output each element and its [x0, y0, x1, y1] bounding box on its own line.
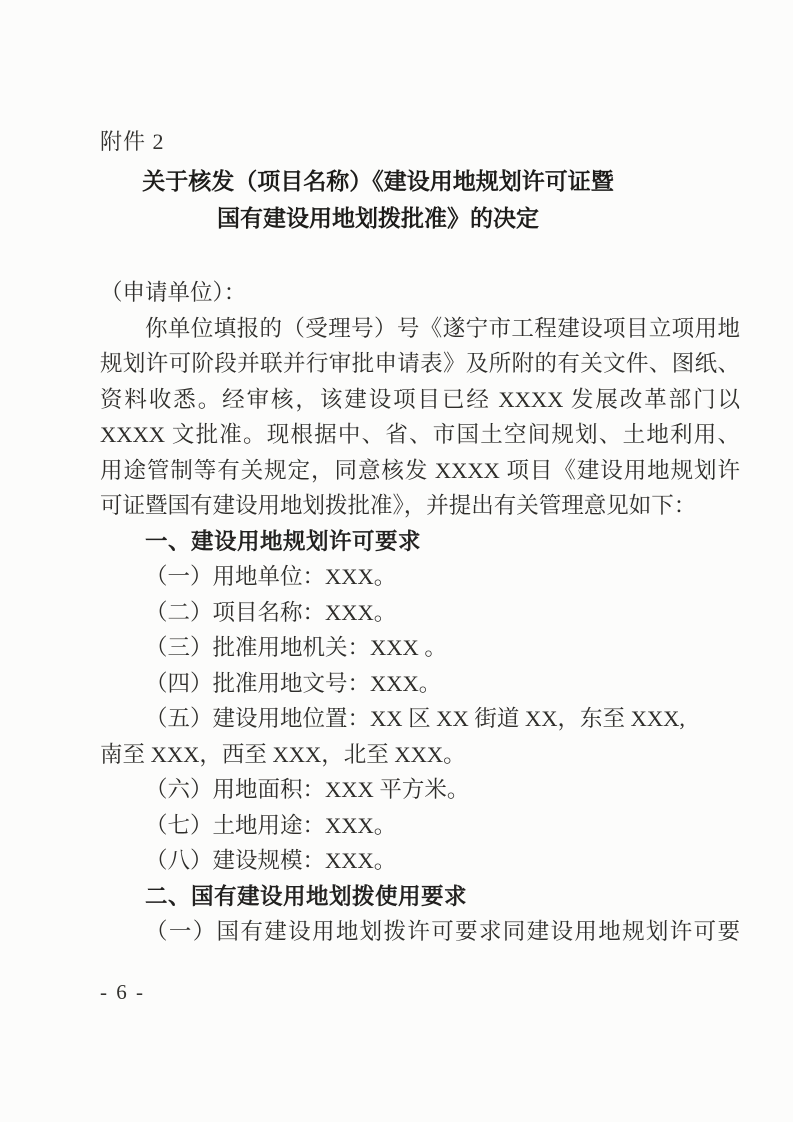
- section1-item-5-line-1: （五）建设用地位置：XX 区 XX 街道 XX，东至 XXX,: [100, 701, 740, 737]
- section1-item-6: （六）用地面积：XXX 平方米。: [100, 772, 740, 808]
- intro-paragraph-line-3: 资料收悉。经审核，该建设项目已经 XXXX 发展改革部门以: [100, 382, 740, 418]
- salutation: （申请单位）：: [100, 275, 740, 311]
- attachment-label: 附件 2: [100, 130, 740, 154]
- intro-paragraph-line-6: 可证暨国有建设用地划拨批准》，并提出有关管理意见如下：: [100, 488, 740, 524]
- section1-item-8: （八）建设规模：XXX。: [100, 843, 740, 879]
- section1-item-7: （七）土地用途：XXX。: [100, 808, 740, 844]
- document-content: 附件 2 关于核发（项目名称）《建设用地规划许可证暨 国有建设用地划拨批准》的决…: [100, 0, 740, 950]
- section1-item-4: （四）批准用地文号：XXX。: [100, 666, 740, 702]
- intro-paragraph-line-2: 规划许可阶段并联并行审批申请表》及所附的有关文件、图纸、: [100, 346, 740, 382]
- section1-item-5-line-2: 南至 XXX，西至 XXX，北至 XXX。: [100, 737, 740, 773]
- section1-item-2: （二）项目名称：XXX。: [100, 595, 740, 631]
- title-line-2: 国有建设用地划拨批准》的决定: [100, 200, 656, 237]
- page-number: - 6 -: [100, 980, 145, 1005]
- section1-heading: 一、建设用地规划许可要求: [100, 524, 740, 560]
- intro-paragraph-line-5: 用途管制等有关规定，同意核发 XXXX 项目《建设用地规划许: [100, 453, 740, 489]
- section2-heading: 二、国有建设用地划拨使用要求: [100, 879, 740, 915]
- section2-item-1-line-1: （一）国有建设用地划拨许可要求同建设用地规划许可要: [100, 914, 740, 950]
- section1-item-1: （一）用地单位：XXX。: [100, 559, 740, 595]
- document-body: （申请单位）： 你单位填报的（受理号）号《遂宁市工程建设项目立项用地 规划许可阶…: [100, 275, 740, 950]
- document-title: 关于核发（项目名称）《建设用地规划许可证暨 国有建设用地划拨批准》的决定: [100, 163, 656, 237]
- intro-paragraph-line-1: 你单位填报的（受理号）号《遂宁市工程建设项目立项用地: [100, 311, 740, 347]
- intro-paragraph-line-4: XXXX 文批准。现根据中、省、市国土空间规划、土地利用、: [100, 417, 740, 453]
- title-line-1: 关于核发（项目名称）《建设用地规划许可证暨: [100, 163, 656, 200]
- section1-item-3: （三）批准用地机关：XXX 。: [100, 630, 740, 666]
- document-page: 附件 2 关于核发（项目名称）《建设用地规划许可证暨 国有建设用地划拨批准》的决…: [0, 0, 793, 1122]
